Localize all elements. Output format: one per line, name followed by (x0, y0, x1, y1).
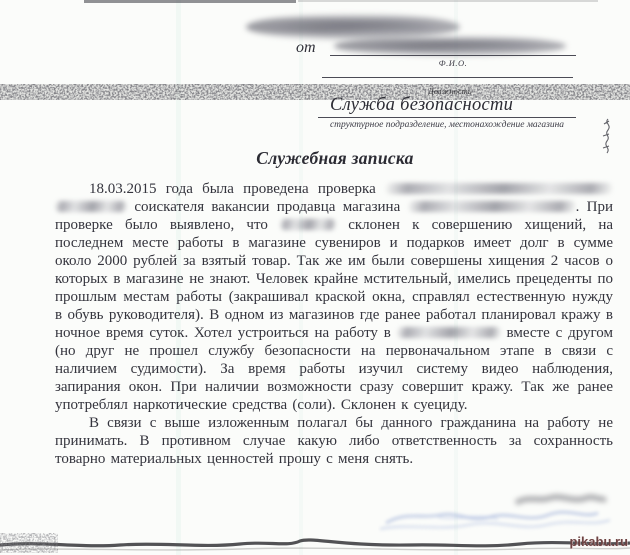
fio-underline (330, 55, 576, 56)
scan-bottom-edge (0, 533, 630, 555)
memo-paragraph-2: В связи с выше изложенным полагал бы дан… (55, 414, 613, 468)
redacted-inline-blur (55, 201, 127, 212)
department-caption: структурное подразделение, местонахожден… (318, 120, 576, 130)
redacted-inline-blur (397, 327, 501, 338)
memo-title: Служебная записка (55, 148, 615, 169)
from-label: от (296, 39, 316, 57)
redacted-inline-blur (408, 201, 576, 212)
redacted-inline-blur (280, 219, 336, 230)
scan-edge-artifact (84, 0, 296, 3)
department-name: Служба безопасности (330, 95, 513, 116)
memo-paragraph-1: 18.03.2015 года была проведена проверка … (55, 180, 613, 414)
scan-corner-noise (0, 533, 58, 553)
memo-text-segment: соискателя вакансии продавца магазина (134, 199, 400, 215)
department-underline (318, 117, 576, 118)
scan-edge-artifact (298, 0, 598, 2)
memo-text-segment: 18.03.2015 года была проведена проверка (89, 181, 376, 197)
redacted-inline-blur (385, 183, 613, 194)
memo-text-segment: склонен к совершению хищений, на последн… (55, 217, 613, 341)
redacted-name-blur (334, 36, 566, 56)
position-underline (322, 77, 573, 78)
memo-body: 18.03.2015 года была проведена проверка … (55, 180, 613, 468)
site-watermark: pikabu.ru (569, 534, 628, 549)
fio-caption: Ф.И.О. (330, 58, 576, 68)
scanned-memo-page: от Ф.И.О. Должность Служба безопасности … (0, 0, 630, 555)
redacted-signature-name-blur (516, 497, 606, 503)
